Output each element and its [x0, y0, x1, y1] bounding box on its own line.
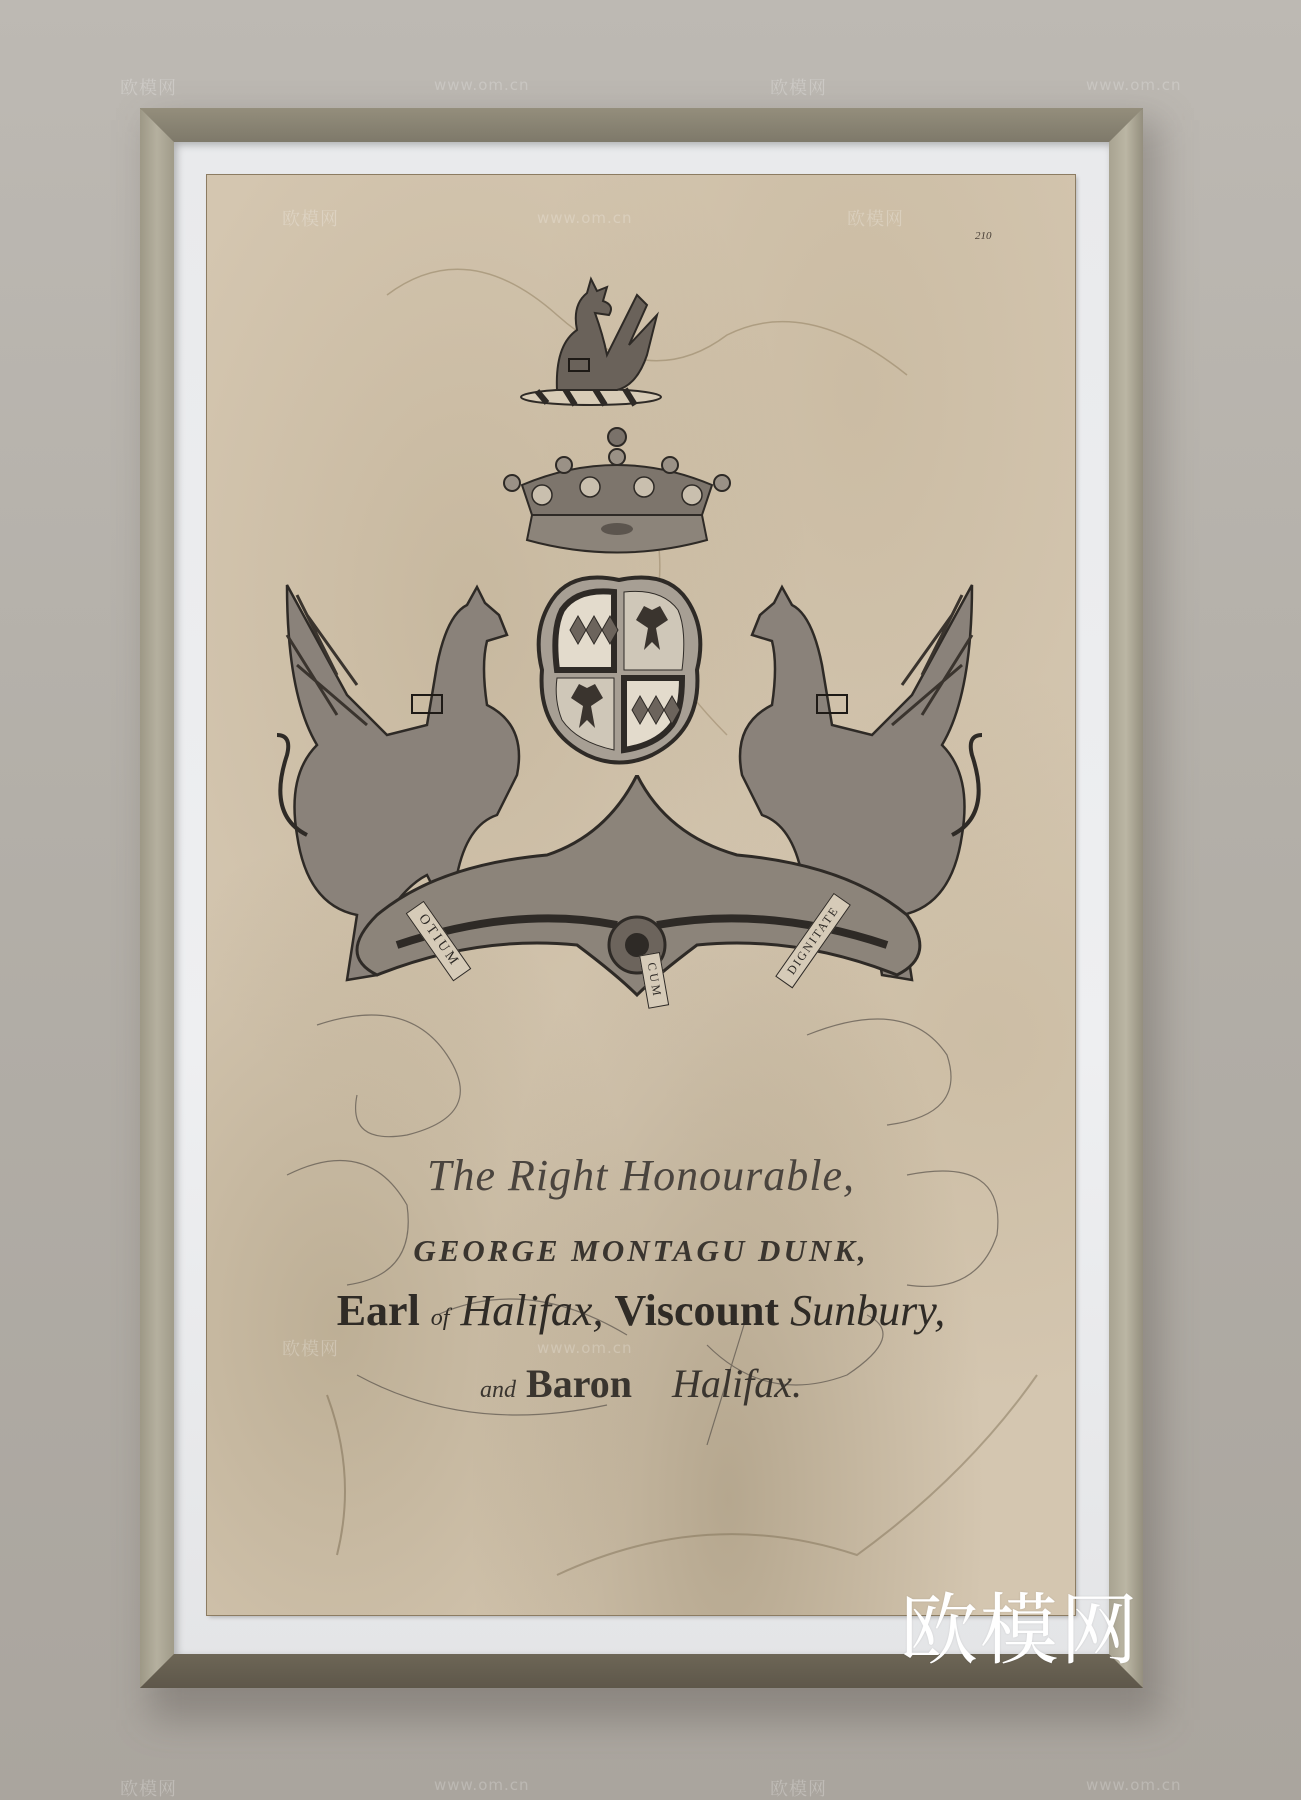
inscription-sunbury: Sunbury, — [790, 1286, 945, 1335]
inscription-halifax: Halifax, — [460, 1286, 603, 1335]
inscription-halifax-2: Halifax. — [672, 1361, 802, 1406]
watermark-logo: 欧模网 — [120, 1775, 177, 1800]
inscription-name: GEORGE MONTAGU DUNK, — [207, 1233, 1075, 1269]
motto-word-3: DIGNITATE — [775, 893, 851, 989]
frame-right-rail — [1109, 108, 1143, 1688]
frame-top-rail — [140, 108, 1143, 142]
inscription-of: of — [431, 1305, 450, 1331]
watermark-site: www.om.cn — [1086, 1776, 1182, 1794]
inscription-viscount: Viscount — [614, 1286, 779, 1335]
large-watermark-logo: 欧模网 — [900, 1568, 1140, 1680]
watermark-site: www.om.cn — [434, 1776, 530, 1794]
watermark-logo: 欧模网 — [282, 1335, 339, 1361]
inscription-line-1: The Right Honourable, — [207, 1150, 1075, 1201]
watermark-logo: 欧模网 — [770, 74, 827, 100]
motto-scroll: OTIUM CUM DIGNITATE — [207, 175, 1075, 1075]
inscription-line-4: and Baron Halifax. — [207, 1360, 1075, 1407]
frame-left-rail — [140, 108, 174, 1688]
watermark-site: www.om.cn — [434, 76, 530, 94]
watermark-logo: 欧模网 — [770, 1775, 827, 1800]
inscription-earl: Earl — [337, 1286, 420, 1335]
watermark-logo: 欧模网 — [120, 74, 177, 100]
watermark-site: www.om.cn — [537, 1339, 633, 1357]
motto-word-2: CUM — [639, 952, 669, 1009]
inscription-baron: Baron — [526, 1361, 632, 1406]
motto-word-1: OTIUM — [406, 901, 472, 982]
inscription-line-3: Earl of Halifax, Viscount Sunbury, — [207, 1285, 1075, 1336]
watermark-site: www.om.cn — [1086, 76, 1182, 94]
engraving-print: 210 — [207, 175, 1075, 1615]
inscription-and: and — [480, 1377, 516, 1403]
